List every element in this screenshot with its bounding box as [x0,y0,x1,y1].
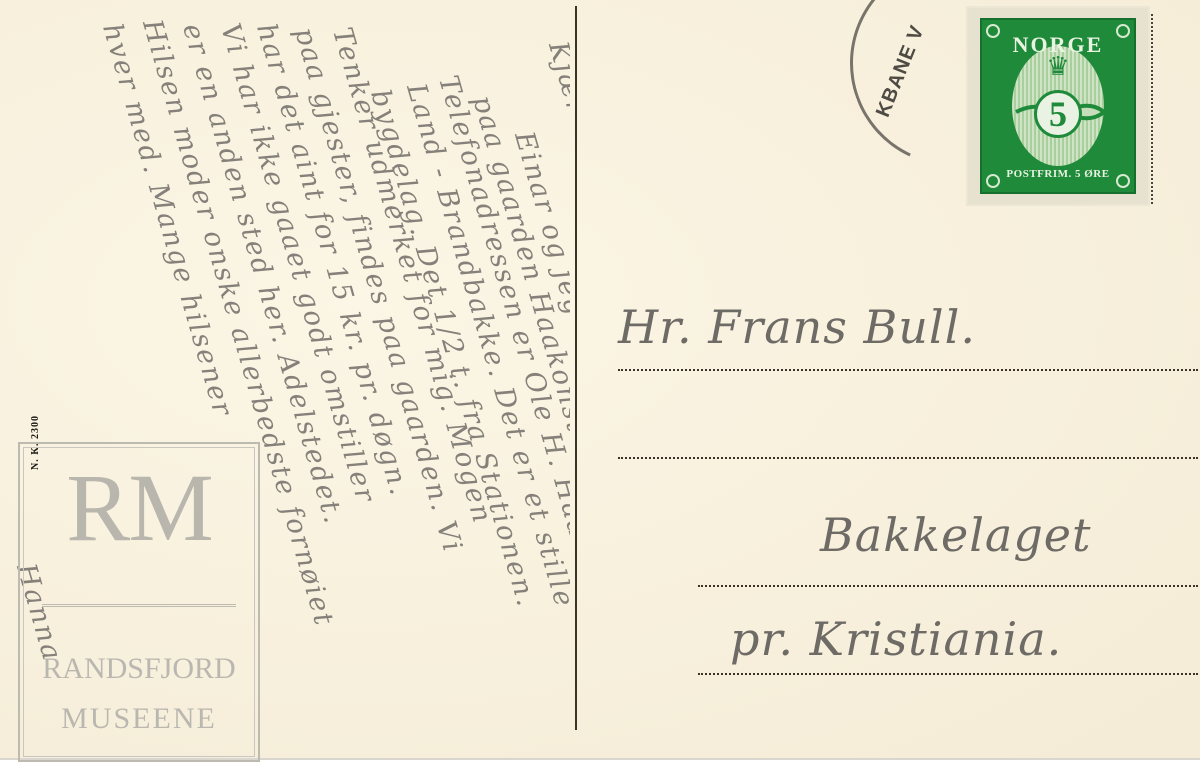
address-recipient: Hr. Frans Bull. [618,300,976,354]
stamp-face: NORGE ♛ 5 POSTFRIM. 5 ØRE [980,18,1136,194]
stamp-perforation [1151,14,1153,204]
stamp-value: 5 [1034,90,1082,138]
address-line-2 [618,457,1198,459]
address-line-3 [698,585,1198,587]
address-line-4 [698,673,1198,675]
address-place: Bakkelaget [820,508,1092,562]
watermark-line1: RANDSFJORD [20,652,258,686]
watermark-monogram: RM [20,452,258,563]
stamp-inscription: POSTFRIM. 5 ØRE [982,168,1134,180]
center-divider [575,6,577,730]
watermark-line2: MUSEENE [20,702,258,736]
address-city: pr. Kristiania. [730,612,1062,666]
crown-icon: ♛ [1046,54,1069,80]
postage-stamp: NORGE ♛ 5 POSTFRIM. 5 ØRE [968,8,1148,204]
watermark-rule [42,604,236,607]
museum-watermark: RM RANDSFJORD MUSEENE [18,442,260,762]
postcard: Kjære pappa: Einar og jeg er nu installe… [0,0,1200,760]
address-line-1 [618,369,1198,371]
